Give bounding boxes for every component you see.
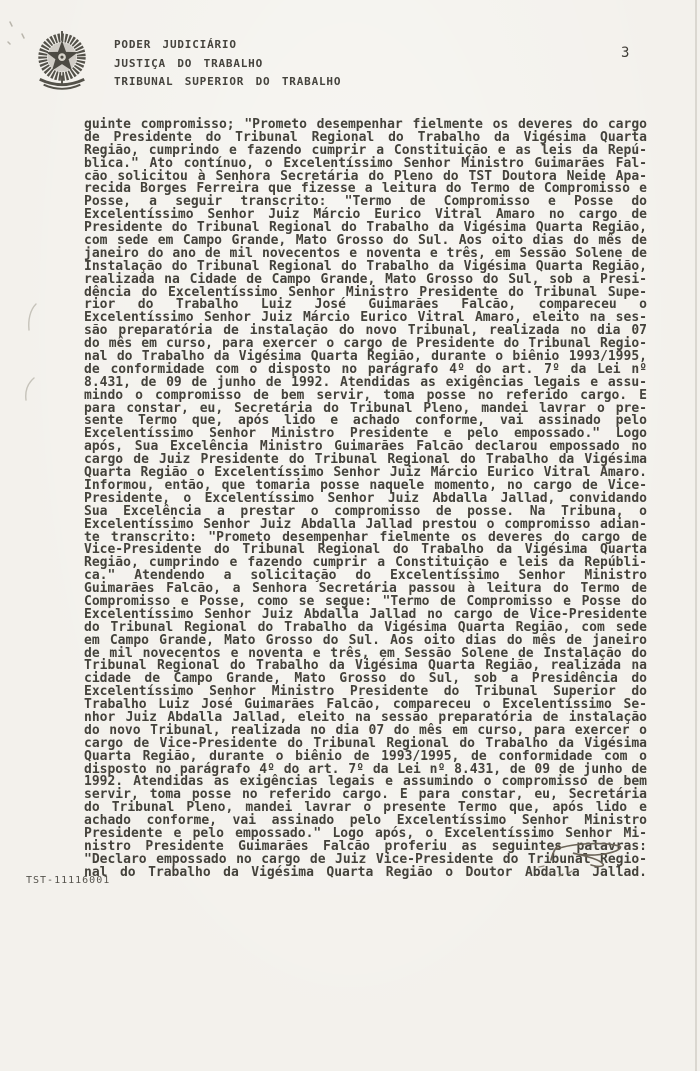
org-line-1: PODER JUDICIÁRIO	[114, 36, 341, 55]
brazil-coat-of-arms-icon	[33, 29, 91, 93]
org-line-2: JUSTIÇA DO TRABALHO	[114, 55, 341, 74]
scan-artifact-mark	[24, 302, 40, 332]
document-body: guinte compromisso; "Prometo desempenhar…	[84, 119, 647, 880]
document-code: TST-11116001	[26, 875, 110, 886]
signature-initials	[533, 840, 637, 890]
scanned-document-page: PODER JUDICIÁRIO JUSTIÇA DO TRABALHO TRI…	[0, 0, 700, 1071]
letterhead: PODER JUDICIÁRIO JUSTIÇA DO TRABALHO TRI…	[114, 36, 341, 92]
org-line-3: TRIBUNAL SUPERIOR DO TRABALHO	[114, 73, 341, 92]
scan-artifact-mark	[6, 20, 28, 46]
page-number: 3	[621, 45, 629, 61]
scan-artifact-mark	[20, 376, 38, 402]
scan-edge-shadow	[695, 0, 697, 1071]
